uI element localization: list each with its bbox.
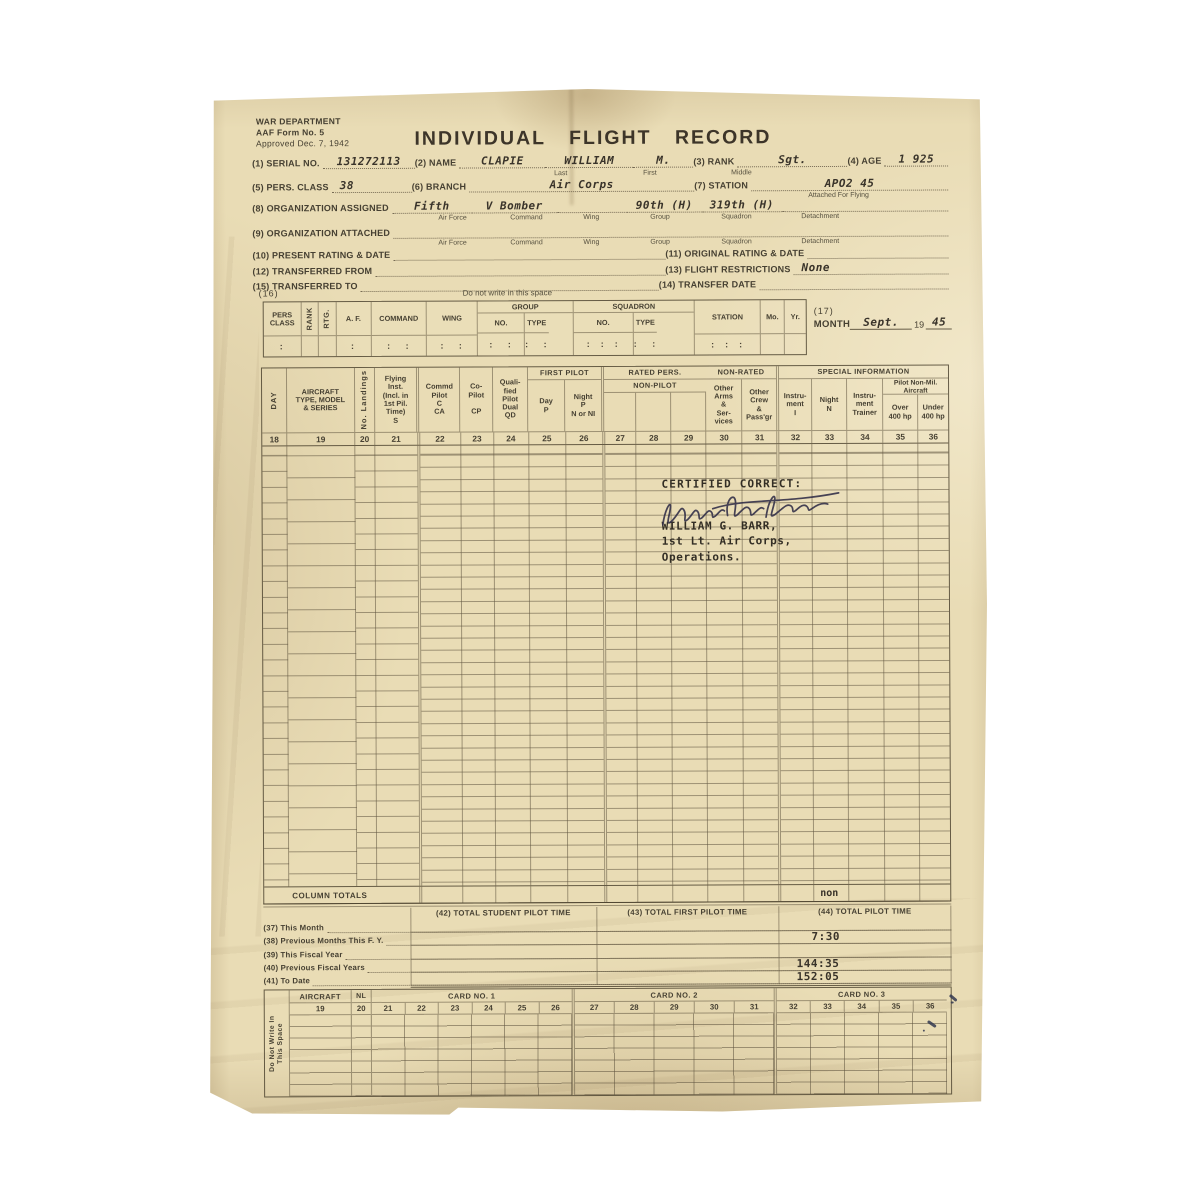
num-31: 31	[735, 1001, 774, 1012]
num-26: 26	[539, 1002, 572, 1013]
serial-value: 131272113	[337, 156, 401, 168]
col-qualified-pilot-header: Quali- fied Pilot Dual QD	[493, 367, 528, 431]
body-col-flying	[375, 446, 419, 886]
colnum-20: 20	[355, 433, 375, 445]
num-22: 22	[405, 1003, 439, 1014]
flight-record-table: DAY AIRCRAFT TYPE, MODEL & SERIES No. La…	[261, 364, 951, 904]
box16-squadron-type-col: TYPE : :	[634, 313, 658, 355]
flight-restrictions-value: None	[802, 262, 831, 274]
box16-col-yr: Yr.	[785, 300, 806, 354]
card-3-section: CARD NO. 3 32 33 34 35 36	[777, 987, 947, 1094]
month-field: Sept.	[850, 317, 912, 330]
colnum-26: 26	[566, 432, 602, 444]
name-first-value: WILLIAM	[564, 155, 614, 167]
box16-squadron-type-entry: : :	[634, 333, 658, 355]
rank-field: Sgt.	[737, 152, 847, 167]
previous-months-label: (38) Previous Months This F. Y.	[263, 936, 386, 947]
box16-yr-entry	[785, 334, 806, 354]
colnum-21: 21	[375, 433, 417, 445]
row-serial-name-rank-age: (1) SERIAL NO. 131272113 (2) NAME CLAPIE…	[252, 151, 948, 169]
ct-29	[674, 886, 709, 902]
num-23: 23	[439, 1003, 473, 1014]
body-col-day	[262, 446, 289, 886]
card-3-header: CARD NO. 3	[777, 987, 947, 1001]
box16-col-squadron: SQUADRON NO. : : : TYPE : :	[574, 301, 696, 356]
box16-group-type-col: TYPE : :	[525, 313, 549, 355]
colnum-31: 31	[743, 431, 777, 443]
flight-restrictions-field: None	[794, 259, 949, 275]
non-mil-title: Pilot Non-Mil. Aircraft	[883, 378, 948, 394]
age-value: 1 925	[898, 154, 934, 166]
colnum-18: 18	[262, 433, 287, 445]
box16-rank-header: RANK	[302, 302, 318, 336]
col-flying-inst-header: Flying Inst. (Incl. in 1st Pil. Time) S	[375, 368, 417, 432]
year-value: 45	[932, 316, 946, 328]
card-nl-header: NL	[352, 990, 371, 1003]
body-col-24	[494, 445, 531, 885]
col-instrument-trainer-header: Instru- ment Trainer	[847, 379, 883, 430]
box16-rank-label: RANK	[306, 307, 314, 330]
col-under-400hp-header: Under 400 hp	[918, 394, 948, 429]
card-aircraft-header: AIRCRAFT	[290, 990, 351, 1003]
col-27-header	[604, 393, 636, 431]
ct-26	[568, 886, 604, 902]
non-rated-title: NON-RATED	[706, 366, 776, 379]
org-assigned-squadron-value: 319th (H)	[710, 199, 774, 211]
pers-class-label: (5) PERS. CLASS	[252, 182, 332, 193]
colnum-32: 32	[780, 431, 813, 443]
box16-number: (16)	[259, 288, 279, 298]
scan-background: WAR DEPARTMENT AAF Form No. 5 Approved D…	[0, 0, 1200, 1200]
transferred-from-label: (12) TRANSFERRED FROM	[253, 266, 376, 278]
paper-wrinkles-left	[198, 236, 261, 936]
colnum-36: 36	[918, 430, 948, 442]
card-2-section: CARD NO. 2 27 28 29 30 31	[575, 988, 774, 1095]
box16-col-group: GROUP NO. : : TYPE : :	[478, 301, 574, 355]
colnum-35: 35	[883, 431, 918, 443]
branch-label: (6) BRANCH	[412, 182, 470, 193]
rank-value: Sgt.	[778, 154, 807, 166]
ct-28	[639, 886, 674, 902]
month-value: Sept.	[863, 317, 899, 329]
colnum-25: 25	[529, 432, 566, 444]
colnum-30: 30	[707, 431, 743, 443]
certified-role: Operations.	[662, 548, 892, 565]
num-35: 35	[879, 1001, 913, 1012]
box16-rank-entry	[302, 336, 318, 356]
card-nl-num: 20	[352, 1003, 371, 1015]
sublabel-wing: Wing	[583, 214, 599, 221]
box16-af-header: A. F.	[336, 302, 370, 336]
colnum-33: 33	[812, 431, 847, 443]
year-prefix: 19	[912, 320, 926, 330]
age-field: 1 925	[884, 151, 948, 166]
colnum-19: 19	[287, 433, 355, 445]
to-date-total: 152:05	[797, 970, 840, 983]
col-co-pilot-header: Co- Pilot CP	[460, 367, 493, 431]
non-rated-cells: Other Arms & Ser- vices Other Crew & Pas…	[706, 379, 776, 430]
card-3-body	[777, 1012, 947, 1094]
row-ratings: (10) PRESENT RATING & DATE (11) ORIGINAL…	[252, 243, 948, 261]
form-title: INDIVIDUAL FLIGHT RECORD	[328, 126, 858, 151]
box16-mo-header: Mo.	[761, 300, 784, 334]
box16-squadron-no-header: NO.	[574, 313, 633, 333]
box16-instruction: Do not write in this space	[463, 288, 552, 297]
month-row: MONTH Sept. 19 45	[814, 316, 964, 330]
box16-squadron-no-col: NO. : : :	[574, 313, 634, 355]
card-2-body	[575, 1013, 774, 1095]
month-block: (17) MONTH Sept. 19 45	[814, 305, 964, 330]
ct-24	[496, 886, 531, 902]
col-aircraft-header: AIRCRAFT TYPE, MODEL & SERIES	[287, 368, 355, 432]
first-pilot-title: FIRST PILOT	[528, 367, 601, 380]
ct-35	[885, 885, 920, 901]
day-label: DAY	[270, 391, 278, 409]
col-29-header	[671, 393, 706, 431]
card-nl-col: NL 20	[352, 990, 372, 1096]
sublabel-last: Last	[554, 170, 567, 177]
name-middle-field: M.	[633, 153, 693, 168]
box16-group-no-col: NO. : :	[478, 313, 525, 355]
body-col-23	[461, 445, 496, 885]
num-20: 20	[352, 1003, 371, 1014]
box16-group-type-header: TYPE	[525, 313, 549, 333]
box16-col-rtg: RTG.	[318, 302, 336, 356]
previous-months-total: 7:30	[811, 930, 840, 943]
box16-group-title: GROUP	[478, 301, 573, 313]
flight-restrictions-label: (13) FLIGHT RESTRICTIONS	[665, 264, 793, 276]
box16-do-not-write-table: (16) Do not write in this space PERS CLA…	[263, 288, 807, 357]
box16-wing-header: WING	[427, 302, 477, 336]
total-pilot-time-header: (44) TOTAL PILOT TIME	[778, 906, 951, 916]
group-non-mil: Pilot Non-Mil. Aircraft Over 400 hp Unde…	[883, 378, 948, 429]
group-first-pilot: FIRST PILOT Day P Night P N or NI	[528, 367, 601, 431]
col-other-arms-header: Other Arms & Ser- vices	[706, 379, 742, 430]
name-middle-value: M.	[656, 155, 670, 167]
body-col-36	[918, 443, 950, 883]
colnum-27: 27	[605, 432, 637, 444]
col-night-p-header: Night P N or NI	[565, 380, 601, 431]
typed-non-entry: non	[820, 888, 838, 899]
box16-col-wing: WING : :	[427, 302, 478, 356]
serial-field: 131272113	[323, 154, 415, 169]
num-33: 33	[811, 1001, 845, 1012]
certified-rank: 1st Lt. Air Corps,	[662, 533, 892, 550]
card-table-rotcol: Do Not Write In This Space	[265, 990, 290, 1096]
to-date-label: (41) To Date	[264, 976, 313, 986]
form-paper: WAR DEPARTMENT AAF Form No. 5 Approved D…	[198, 83, 993, 1128]
group-non-rated: NON-RATED Other Arms & Ser- vices Other …	[706, 366, 776, 430]
box16-yr-header: Yr.	[785, 300, 806, 334]
totals-rows: (37) This Month (38) Previous Months Thi…	[263, 917, 951, 986]
age-label: (4) AGE	[847, 156, 884, 167]
colnum-23: 23	[461, 432, 494, 444]
ct-36	[920, 884, 950, 900]
sublabel-group: Group	[650, 214, 669, 221]
col-night-n-header: Night N	[812, 379, 847, 430]
box16-pers-class-header: PERS CLASS	[264, 302, 301, 336]
landings-label: No. Landings	[360, 370, 369, 430]
col-day-p-header: Day P	[528, 380, 565, 431]
col-28-header	[636, 393, 671, 431]
box16-station-entry: : : :	[695, 334, 760, 354]
num-32: 32	[777, 1001, 811, 1012]
box16-mo-entry	[761, 334, 784, 354]
num-28: 28	[615, 1002, 655, 1013]
rank-label: (3) RANK	[693, 156, 737, 167]
num-24: 24	[472, 1002, 506, 1013]
org-assigned-airforce: Fifth	[392, 199, 472, 214]
agency-line: WAR DEPARTMENT	[256, 116, 349, 127]
num-19: 19	[290, 1003, 351, 1014]
body-col-22	[420, 446, 463, 886]
box16-col-pers-class: PERS CLASS :	[264, 302, 302, 356]
colnum-29: 29	[672, 432, 707, 444]
ct-25	[531, 886, 568, 902]
total-first-pilot-time-header: (43) TOTAL FIRST PILOT TIME	[596, 907, 778, 917]
pers-class-field: 38	[332, 178, 412, 193]
box16-rtg-label: RTG.	[323, 309, 331, 328]
box16-af-entry: :	[337, 336, 371, 356]
box16-command-entry: : :	[371, 336, 426, 356]
colnum-34: 34	[847, 431, 883, 443]
row-org-attached: (9) ORGANIZATION ATTACHED	[252, 221, 948, 239]
box16-group-no-header: NO.	[478, 313, 524, 333]
row-org-assigned: (8) ORGANIZATION ASSIGNED Fifth V Bomber…	[252, 196, 948, 214]
card-2-numbers: 27 28 29 30 31	[575, 1001, 774, 1014]
num-29: 29	[655, 1002, 695, 1013]
branch-value: Air Corps	[550, 179, 614, 191]
num-34: 34	[845, 1001, 879, 1012]
rated-pers-cells	[604, 393, 706, 431]
rated-pers-title: RATED PERS.	[604, 367, 706, 380]
num-25: 25	[506, 1002, 540, 1013]
group-special-information: SPECIAL INFORMATION Instru- ment I Night…	[779, 365, 948, 430]
ct-31	[745, 885, 779, 901]
card-2-header: CARD NO. 2	[575, 988, 774, 1002]
num-36: 36	[914, 1000, 947, 1011]
sublabel-first: First	[643, 170, 657, 177]
box16-col-rank: RANK	[302, 302, 319, 356]
year-field: 45	[926, 316, 952, 329]
org-assigned-command: V Bomber	[472, 198, 557, 213]
org-assigned-detachment	[782, 196, 949, 212]
num-27: 27	[575, 1002, 615, 1013]
col-over-400hp-header: Over 400 hp	[883, 395, 918, 430]
colnum-28: 28	[637, 432, 672, 444]
org-assigned-group-value: 90th (H)	[636, 200, 693, 212]
box16-grid: PERS CLASS : RANK RTG. A. F. : COMMAND	[263, 299, 807, 357]
flight-table-header: DAY AIRCRAFT TYPE, MODEL & SERIES No. La…	[262, 365, 948, 432]
name-last-field: CLAPIE	[459, 153, 545, 168]
col-instrument-header: Instru- ment I	[779, 379, 812, 430]
previous-fiscal-years-total: 144:35	[797, 957, 840, 970]
body-col-26	[566, 445, 604, 885]
box16-col-station: STATION : : :	[695, 300, 761, 354]
name-label: (2) NAME	[415, 158, 460, 169]
station-value: APO2 45	[825, 178, 875, 190]
special-information-cells: Instru- ment I Night N Instru- ment Trai…	[779, 378, 948, 430]
month-label: MONTH	[814, 319, 850, 330]
body-col-aircraft	[287, 446, 357, 886]
box16-group-no-entry: : :	[478, 333, 524, 355]
box16-col-af: A. F. :	[336, 302, 371, 356]
org-assigned-label: (8) ORGANIZATION ASSIGNED	[252, 203, 392, 215]
ct-27	[607, 886, 639, 902]
group-rated-pers: RATED PERS. NON-PILOT	[604, 367, 706, 431]
name-first-field: WILLIAM	[545, 153, 633, 168]
col-commd-pilot-header: Commd Pilot C CA	[419, 368, 460, 432]
do-not-write-rotated-label: Do Not Write In This Space	[269, 1015, 285, 1072]
colnum-24: 24	[494, 432, 529, 444]
station-label: (7) STATION	[694, 180, 751, 191]
pers-class-value: 38	[340, 180, 354, 192]
ct-32	[782, 885, 815, 901]
card-1-header: CARD NO. 1	[372, 989, 572, 1003]
name-last-value: CLAPIE	[481, 155, 524, 167]
ct-23	[463, 886, 496, 902]
box16-command-header: COMMAND	[371, 302, 426, 336]
card-nl-body	[352, 1015, 371, 1096]
certified-correct-block: CERTIFIED CORRECT: WILLIAM G. BARR, 1st …	[661, 476, 891, 565]
sublabel-air-force: Air Force	[438, 215, 466, 222]
present-rating-label: (10) PRESENT RATING & DATE	[252, 250, 393, 262]
org-attached-field	[393, 221, 948, 238]
ct-30	[709, 885, 745, 901]
transferred-from-field	[375, 261, 665, 277]
box16-col-mo: Mo.	[761, 300, 785, 354]
org-assigned-wing	[557, 198, 627, 213]
box16-pers-class-entry: :	[264, 336, 301, 356]
card-aircraft-body	[290, 1015, 351, 1096]
body-col-25	[529, 445, 568, 885]
org-assigned-group: 90th (H)	[627, 198, 702, 213]
column-totals-label: COLUMN TOTALS	[292, 891, 367, 900]
ink-dot	[923, 1030, 925, 1032]
serial-label: (1) SERIAL NO.	[252, 158, 323, 169]
colnum-22: 22	[420, 433, 461, 445]
present-rating-field	[393, 245, 665, 261]
box16-group-pair: NO. : : TYPE : :	[478, 313, 573, 355]
box16-squadron-type-header: TYPE	[634, 313, 658, 333]
sublabel-detachment: Detachment	[801, 213, 839, 220]
card-3-numbers: 32 33 34 35 36	[777, 1000, 947, 1013]
body-col-27	[605, 445, 639, 885]
card-aircraft-col: AIRCRAFT 19	[290, 990, 352, 1096]
org-assigned-airforce-value: Fifth	[414, 201, 450, 213]
sublabel-command: Command	[510, 214, 542, 221]
non-mil-cells: Over 400 hp Under 400 hp	[883, 394, 948, 429]
body-col-landings	[355, 446, 377, 886]
box16-squadron-no-entry: : : :	[574, 333, 633, 355]
org-assigned-squadron: 319th (H)	[702, 197, 782, 212]
box16-rtg-header: RTG.	[318, 302, 335, 336]
card-1-body	[372, 1014, 572, 1096]
ct-34	[849, 885, 885, 901]
org-assigned-command-value: V Bomber	[486, 200, 543, 212]
ct-22	[422, 887, 463, 903]
this-month-label: (37) This Month	[263, 923, 327, 933]
box16-group-type-entry: : :	[525, 333, 549, 355]
org-attached-label: (9) ORGANIZATION ATTACHED	[252, 228, 393, 240]
station-field: APO2 45	[751, 175, 948, 191]
original-rating-label: (11) ORIGINAL RATING & DATE	[665, 248, 807, 260]
original-rating-field	[807, 243, 948, 259]
month-number: (17)	[814, 305, 964, 316]
box16-station-header: STATION	[695, 300, 760, 334]
box16-squadron-title: SQUADRON	[574, 301, 695, 314]
branch-field: Air Corps	[469, 177, 694, 193]
total-student-pilot-time-header: (42) TOTAL STUDENT PILOT TIME	[410, 908, 596, 918]
sublabel-squadron: Squadron	[721, 213, 751, 220]
box16-wing-entry: : :	[427, 336, 477, 356]
box16-rtg-entry	[319, 336, 336, 356]
card-aircraft-num: 19	[290, 1003, 351, 1015]
ink-dot	[951, 1001, 954, 1003]
card-1-section: CARD NO. 1 21 22 23 24 25 26	[372, 989, 572, 1096]
col-landings-header: No. Landings	[355, 368, 375, 432]
special-information-title: SPECIAL INFORMATION	[779, 365, 948, 379]
col-other-crew-header: Other Crew & Pass'gr	[742, 379, 776, 430]
pilot-time-totals: (42) TOTAL STUDENT PILOT TIME (43) TOTAL…	[263, 900, 951, 986]
this-fiscal-year-label: (39) This Fiscal Year	[263, 950, 345, 960]
non-pilot-title: NON-PILOT	[604, 380, 706, 393]
row-class-branch-station: (5) PERS. CLASS 38 (6) BRANCH Air Corps …	[252, 175, 948, 193]
card-1-numbers: 21 22 23 24 25 26	[372, 1002, 572, 1015]
box16-squadron-pair: NO. : : : TYPE : :	[574, 313, 695, 356]
col-day-header: DAY	[262, 368, 287, 432]
card-table: Do Not Write In This Space AIRCRAFT 19 N…	[264, 986, 952, 1097]
first-pilot-cells: Day P Night P N or NI	[528, 380, 601, 431]
num-21: 21	[372, 1003, 406, 1014]
box16-col-command: COMMAND : :	[371, 302, 427, 356]
previous-fiscal-years-label: (40) Previous Fiscal Years	[264, 963, 368, 973]
num-30: 30	[695, 1001, 735, 1012]
